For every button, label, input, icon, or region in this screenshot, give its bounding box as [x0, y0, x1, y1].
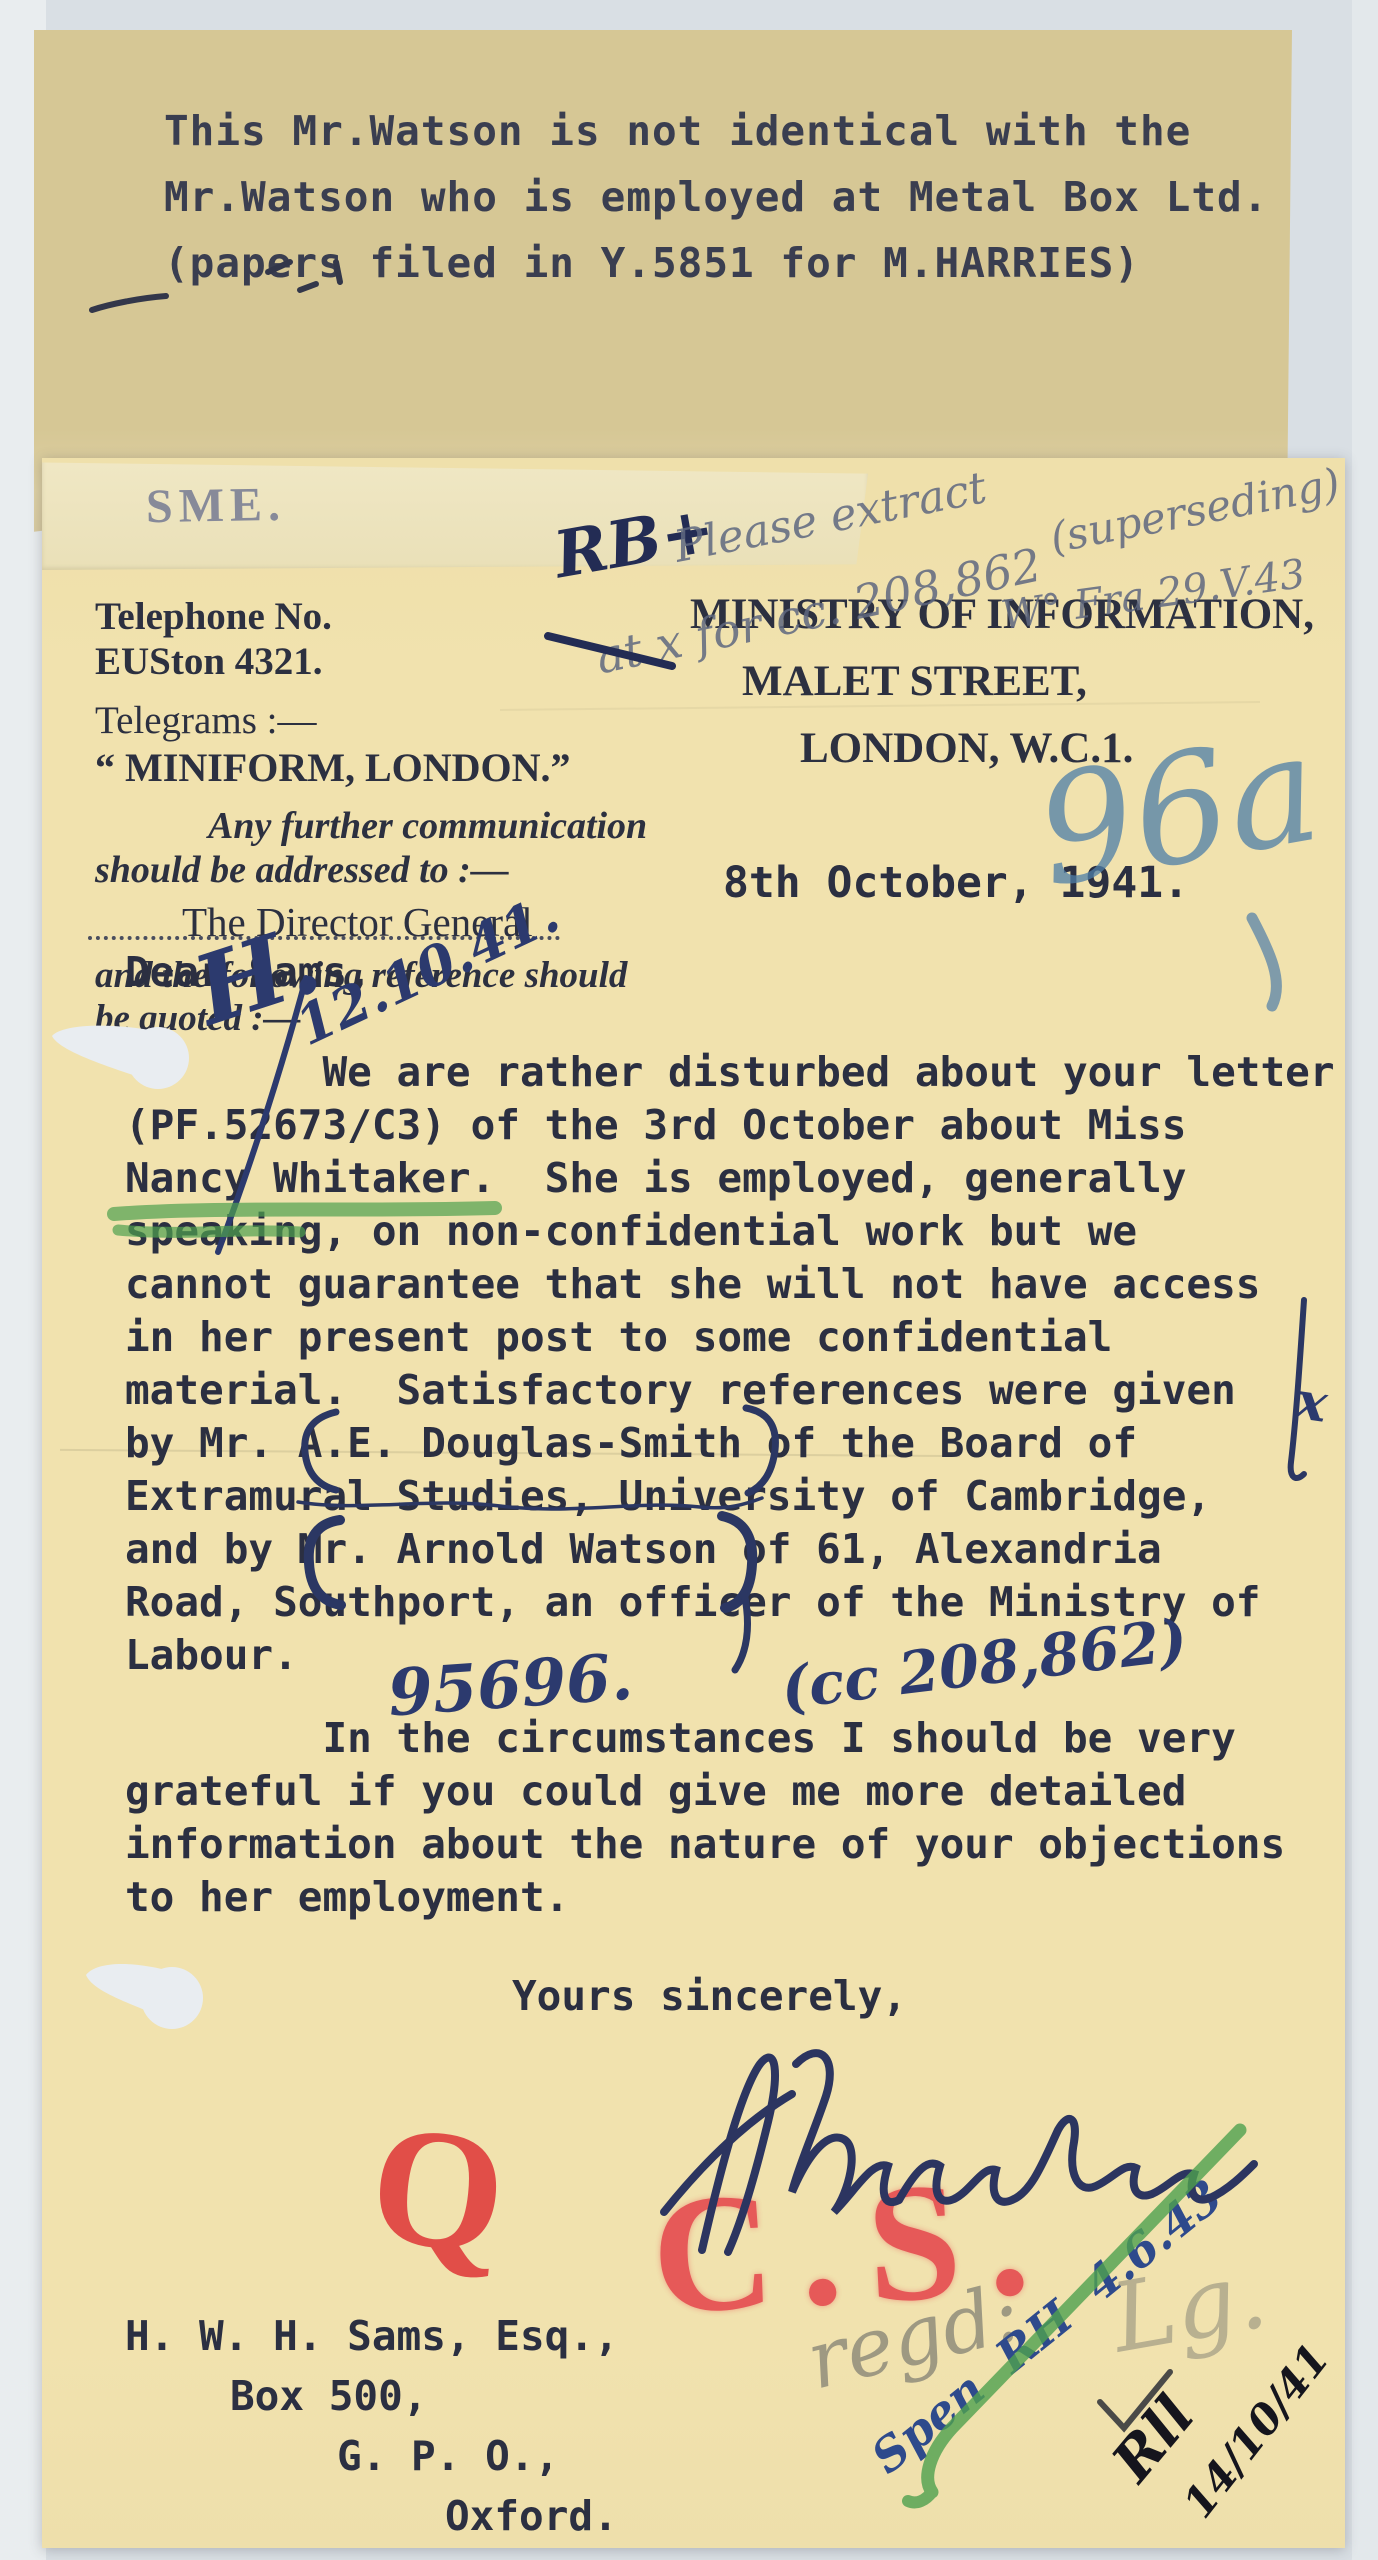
note-slip-line: This Mr.Watson is not identical with the	[164, 98, 1191, 164]
telephone-label: Telephone No.	[95, 594, 332, 639]
body-line: (PF.52673/C3) of the 3rd October about M…	[125, 1099, 1335, 1152]
body-line: We are rather disturbed about your lette…	[125, 1046, 1335, 1099]
ministry-address-line2: MALET STREET,	[742, 657, 1087, 706]
body-line: Extramural Studies, University of Cambri…	[125, 1470, 1335, 1523]
body-line: speaking, on non-confidential work but w…	[125, 1205, 1335, 1258]
body-line: In the circumstances I should be very	[125, 1712, 1285, 1765]
body-line: Nancy Whitaker. She is employed, general…	[125, 1152, 1335, 1205]
body-line: and by Mr. Arnold Watson of 61, Alexandr…	[125, 1523, 1335, 1576]
recipient-address-block: H. W. H. Sams, Esq., Box 500, G. P. O., …	[125, 2306, 619, 2546]
scanned-document: This Mr.Watson is not identical with the…	[0, 0, 1378, 2560]
note-slip-line: (papers filed in Y.5851 for M.HARRIES)	[164, 230, 1140, 296]
telegrams-label: Telegrams :—	[95, 698, 316, 743]
telephone-number: EUSton 4321.	[95, 639, 323, 684]
paragraph-2: In the circumstances I should be very gr…	[125, 1712, 1285, 1924]
body-line: in her present post to some confidential	[125, 1311, 1335, 1364]
body-line: information about the nature of your obj…	[125, 1818, 1285, 1871]
address-note-line1: Any further communication	[208, 804, 647, 848]
telegrams-value: “ MINIFORM, LONDON.”	[95, 744, 571, 791]
sme-receipt-stamp: SME.	[146, 477, 287, 534]
body-line: by Mr. A.E. Douglas-Smith of the Board o…	[125, 1417, 1335, 1470]
body-line: to her employment.	[125, 1871, 1285, 1924]
recipient-line: Oxford.	[125, 2486, 619, 2546]
paragraph-1: We are rather disturbed about your lette…	[125, 1046, 1335, 1682]
recipient-line: Box 500,	[125, 2366, 619, 2426]
recipient-line: H. W. H. Sams, Esq.,	[125, 2306, 619, 2366]
body-line: material. Satisfactory references were g…	[125, 1364, 1335, 1417]
note-slip-line: Mr.Watson who is employed at Metal Box L…	[164, 164, 1268, 230]
body-line: cannot guarantee that she will not have …	[125, 1258, 1335, 1311]
recipient-line: G. P. O.,	[125, 2426, 619, 2486]
address-note-line2: should be addressed to :—	[95, 848, 509, 892]
red-q-mark: Q	[362, 2086, 514, 2294]
closing-line: Yours sincerely,	[512, 1972, 907, 2020]
body-line: grateful if you could give me more detai…	[125, 1765, 1285, 1818]
